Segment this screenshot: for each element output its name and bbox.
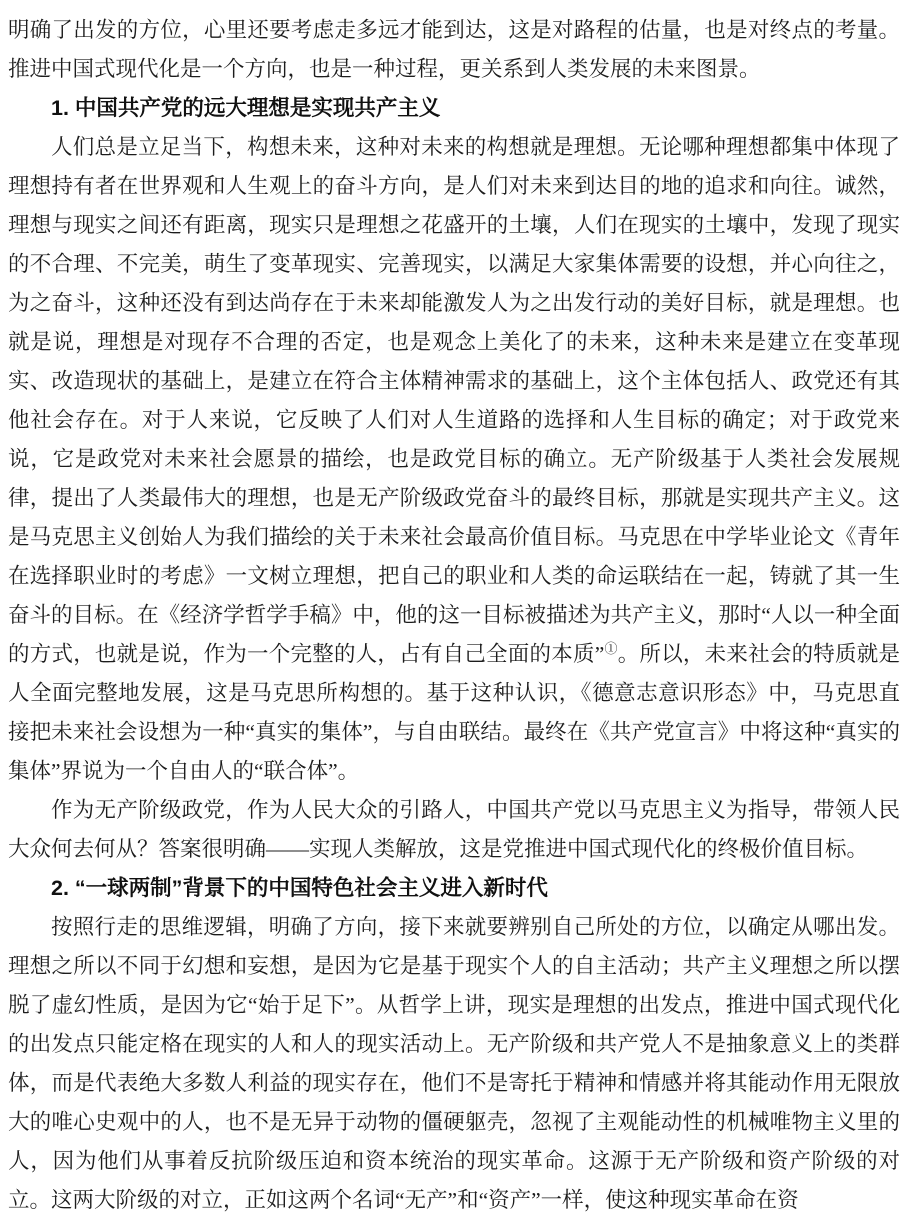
section-1-paragraph-1-text-before-note: 人们总是立足当下，构想未来，这种对未来的构想就是理想。无论哪种理想都集中体现了理…: [8, 135, 900, 666]
section-2-paragraph-1: 按照行走的思维逻辑，明确了方向，接下来就要辨别自己所处的方位，以确定从哪出发。理…: [8, 908, 900, 1220]
section-1-paragraph-2: 作为无产阶级政党，作为人民大众的引路人，中国共产党以马克思主义为指导，带领人民大…: [8, 791, 900, 869]
footnote-marker: ①: [604, 641, 617, 656]
paragraph-continuation: 明确了出发的方位，心里还要考虑走多远才能到达，这是对路程的估量，也是对终点的考量…: [8, 11, 900, 89]
section-1-heading: 1. 中国共产党的远大理想是实现共产主义: [8, 89, 900, 128]
section-2-heading: 2. “一球两制”背景下的中国特色社会主义进入新时代: [8, 869, 900, 908]
section-1-paragraph-1: 人们总是立足当下，构想未来，这种对未来的构想就是理想。无论哪种理想都集中体现了理…: [8, 128, 900, 791]
document-page: 明确了出发的方位，心里还要考虑走多远才能到达，这是对路程的估量，也是对终点的考量…: [0, 0, 908, 1228]
